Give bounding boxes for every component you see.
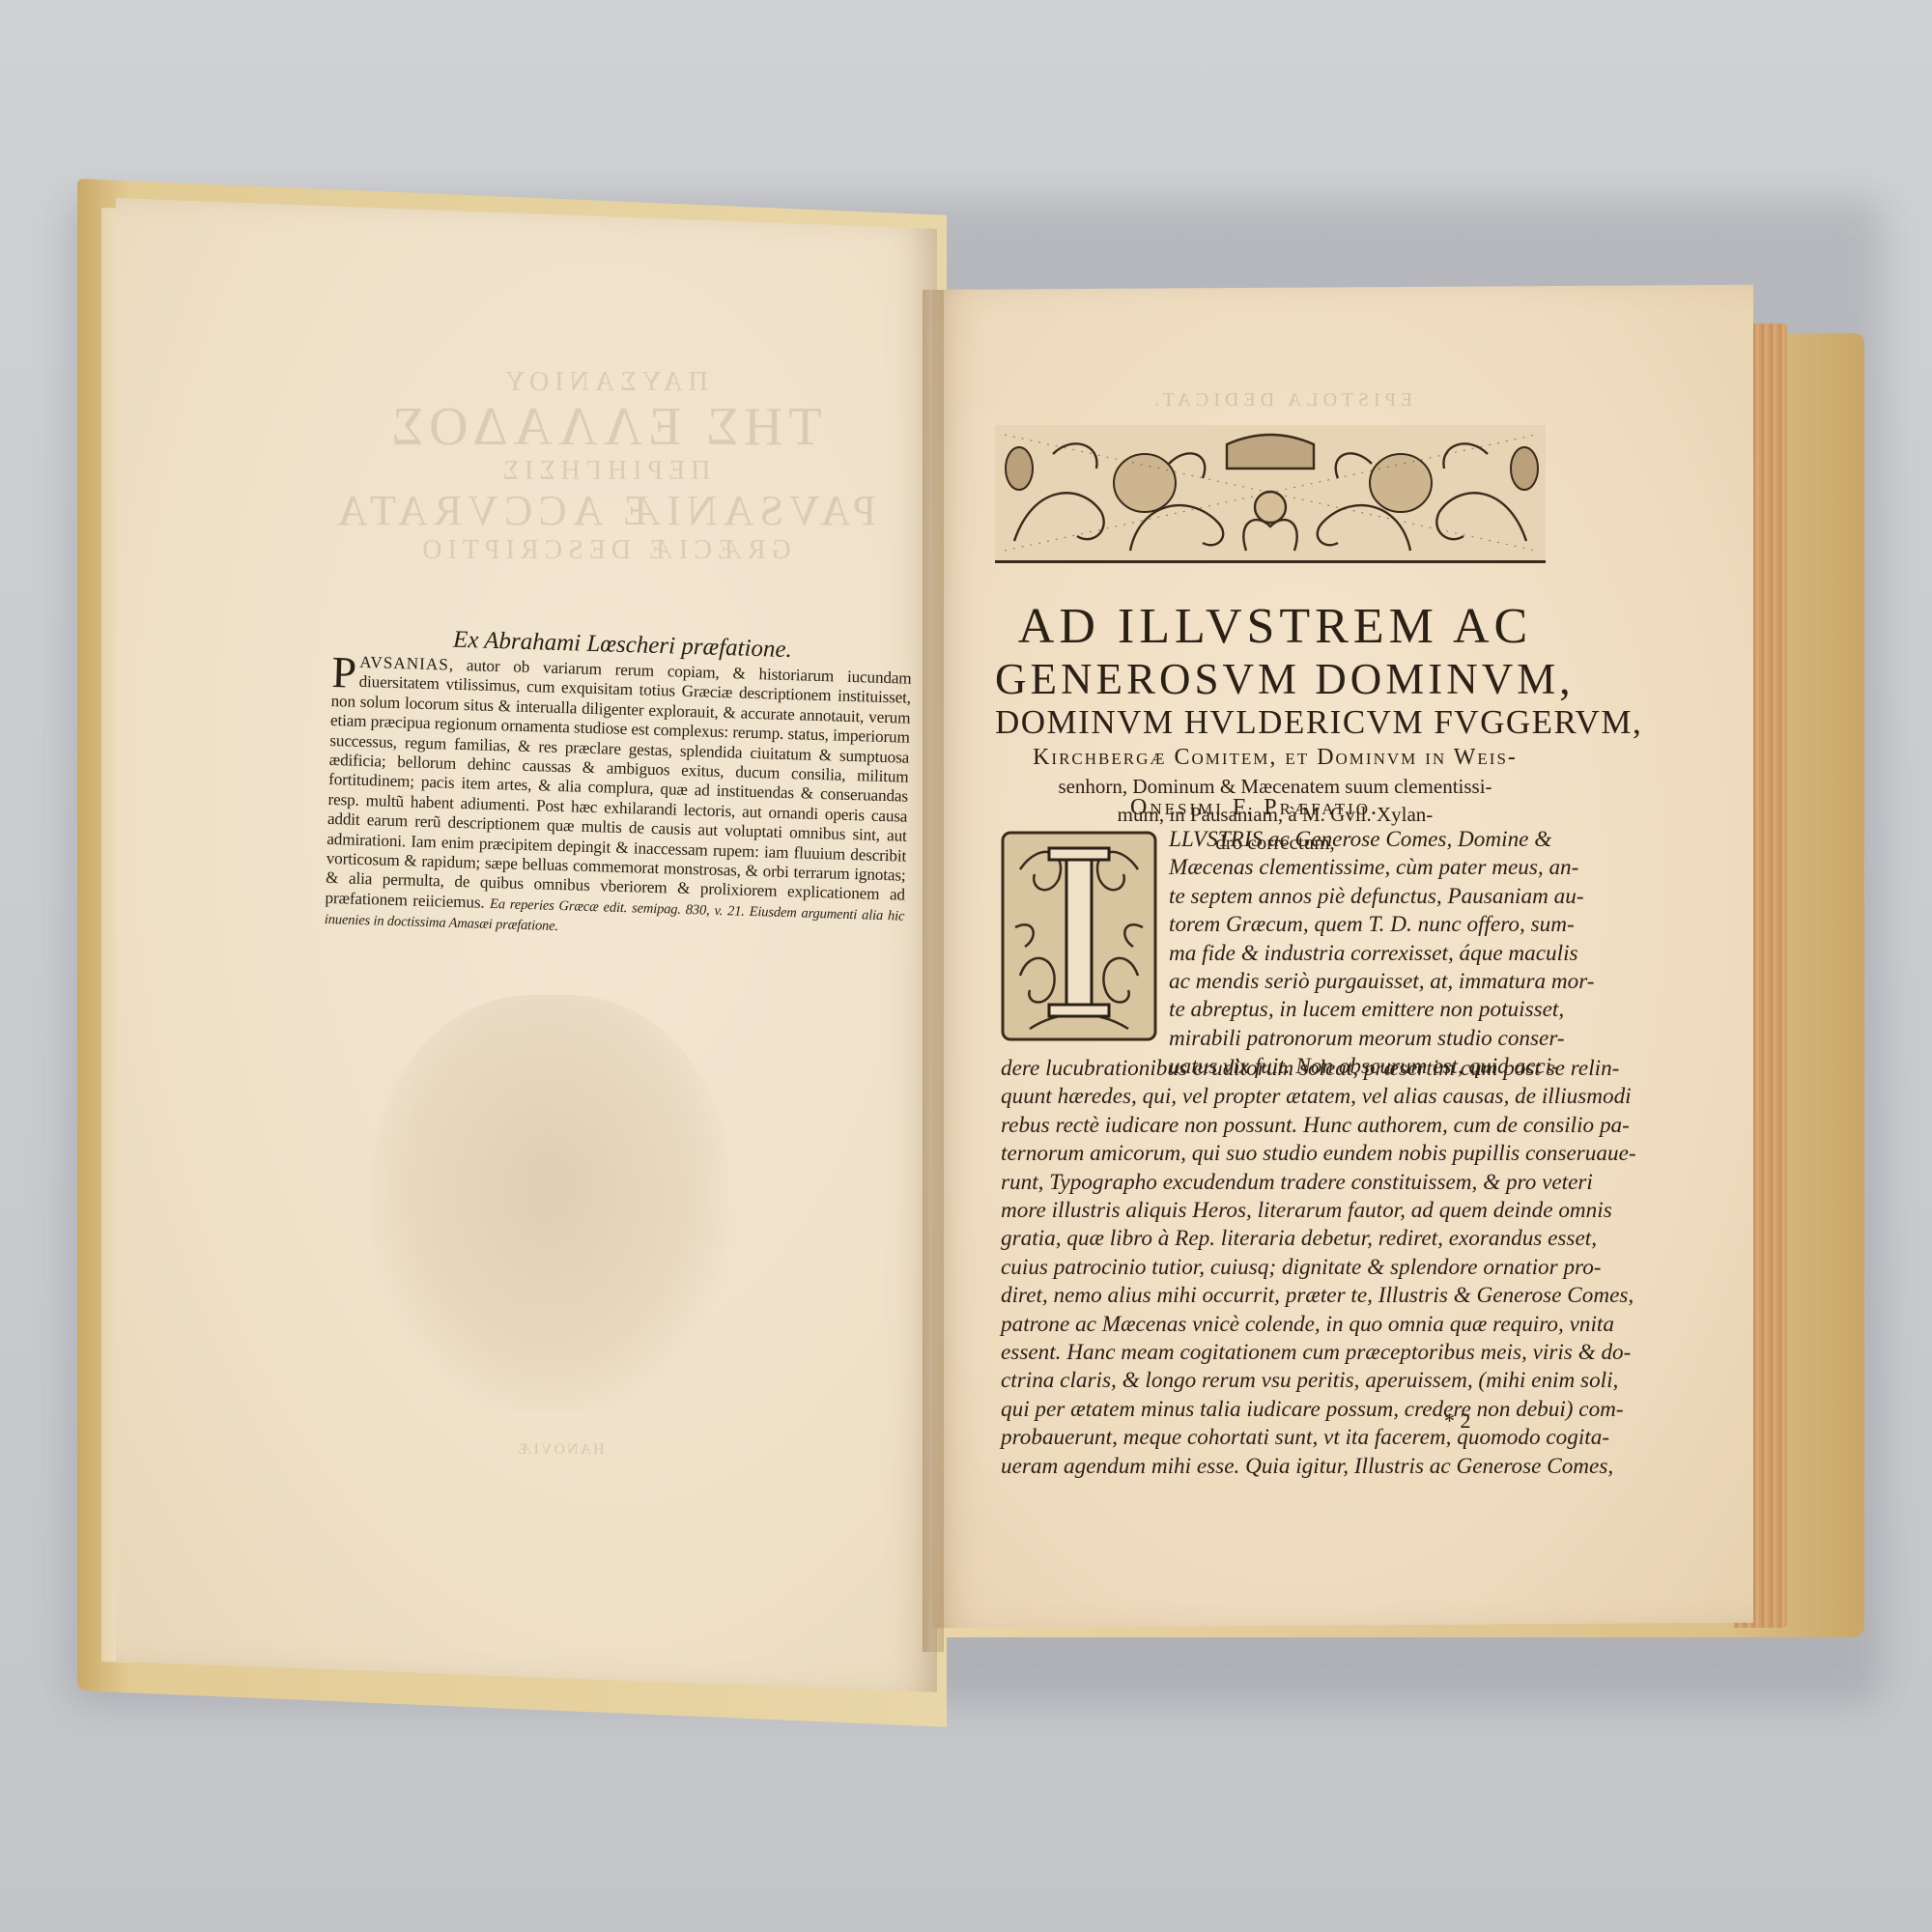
ghost-line: ΠΑΥΣΑΝΙΟΥ <box>290 367 918 398</box>
text-line: runt, Typographo excudendum tradere cons… <box>1001 1169 1561 1197</box>
bleed-through-imprint: HANOVIÆ <box>377 1439 744 1461</box>
title-line: GENEROSVM DOMINVM, <box>995 655 1555 703</box>
book-gutter <box>923 290 944 1652</box>
title-line: Kirchbergæ Comitem, et Dominvm in Weis- <box>995 742 1555 773</box>
preface-text-beside-initial: LLVSTRIS ac Generose Comes, Domine & Mæc… <box>1169 826 1560 1082</box>
text-line: cuius patrocinio tutior, cuiusq; dignita… <box>1001 1254 1561 1282</box>
text-line: quunt hæredes, qui, vel propter ætatem, … <box>1001 1083 1561 1111</box>
text-line: rebus rectè iudicare non possunt. Hunc a… <box>1001 1112 1561 1140</box>
text-line: ueram agendum mihi esse. Quia igitur, Il… <box>1001 1453 1561 1481</box>
lœscher-preface-excerpt: Ex Abrahami Lœscheri præfatione. PAVSANI… <box>325 623 913 947</box>
text-line: patrone ac Mæcenas vnicè colende, in quo… <box>1001 1311 1561 1339</box>
text-line: te abreptus, in lucem emittere non potui… <box>1169 996 1560 1024</box>
text-line: Mæcenas clementissime, cùm pater meus, a… <box>1169 854 1560 882</box>
text-line: ma fide & industria correxisset, áque ma… <box>1169 940 1560 968</box>
preface-heading: Onesimi F. Præfatio. <box>1130 795 1379 821</box>
text-line: ternorum amicorum, qui suo studio eundem… <box>1001 1140 1561 1168</box>
right-page-bleed-through-header: EPISTOLA DEDICAT. <box>1150 389 1412 412</box>
bleed-through-printer-device <box>372 995 729 1410</box>
ghost-line: GRÆCIÆ DESCRIPTIO <box>290 535 918 566</box>
text-line: gratia, quæ libro à Rep. literaria debet… <box>1001 1225 1561 1253</box>
lead-word: AVSANIAS <box>359 653 449 674</box>
excerpt-body: PAVSANIAS, autor ob variarum rerum copia… <box>325 652 912 947</box>
text-line: torem Græcum, quem T. D. nunc offero, su… <box>1169 911 1560 939</box>
ghost-line: ΤΗΣ ΕΛΛΑΔΟΣ <box>290 398 918 456</box>
text-line: essent. Hanc meam cogitationem cum præce… <box>1001 1339 1561 1367</box>
text-line: ac mendis seriò purgauisset, at, immatur… <box>1169 968 1560 996</box>
signature-mark: * 2 <box>1444 1408 1471 1434</box>
left-page-bleed-through-title: ΠΑΥΣΑΝΙΟΥ ΤΗΣ ΕΛΛΑΔΟΣ ΠΕΡΙΗΓΗΣΙΣ PAVSANI… <box>290 367 918 566</box>
text-line: mirabili patronorum meorum studio conser… <box>1169 1025 1560 1053</box>
ghost-line: ΠΕΡΙΗΓΗΣΙΣ <box>290 456 918 487</box>
drop-cap: P <box>331 654 357 692</box>
text-line: qui per ætatem minus talia iudicare poss… <box>1001 1396 1561 1424</box>
text-line: more illustris aliquis Heros, literarum … <box>1001 1197 1561 1225</box>
text-line: diret, nemo alius mihi occurrit, præter … <box>1001 1282 1561 1310</box>
text-line: probauerunt, meque cohortati sunt, vt it… <box>1001 1424 1561 1452</box>
title-line: AD ILLVSTREM AC <box>995 599 1555 655</box>
text-line: dere lucubrationibus eruditorum soleat, … <box>1001 1055 1561 1083</box>
ghost-line: PAVSANIÆ ACCVRATA <box>290 487 918 535</box>
title-line: DOMINVM HVLDERICVM FVGGERVM, <box>995 703 1555 742</box>
text-line: ctrina claris, & longo rerum vsu peritis… <box>1001 1367 1561 1395</box>
decorated-initial-icon <box>1001 831 1157 1041</box>
excerpt-text: , autor ob variarum rerum copiam, & hist… <box>325 656 912 912</box>
woodcut-headpiece-icon <box>995 425 1546 563</box>
text-line: LLVSTRIS ac Generose Comes, Domine & <box>1169 826 1560 854</box>
preface-text-full-width: dere lucubrationibus eruditorum soleat, … <box>1001 1055 1561 1481</box>
text-line: te septem annos piè defunctus, Pausaniam… <box>1169 883 1560 911</box>
